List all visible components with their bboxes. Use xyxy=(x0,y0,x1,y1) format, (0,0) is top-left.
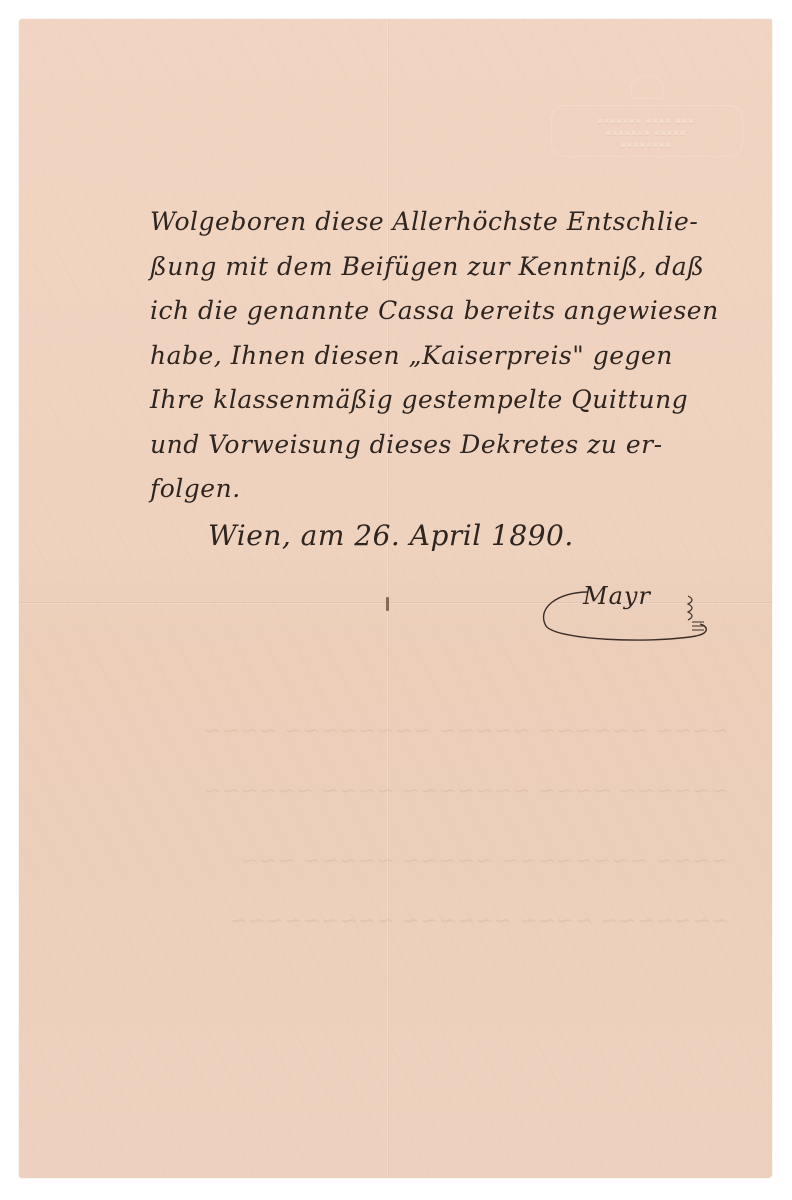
dateline: Wien, am 26. April 1890. xyxy=(150,514,770,559)
letter-body: Wolgeboren diese Allerhöchste Entschlie-… xyxy=(150,200,770,558)
show-through-text: ~~~~~~ ~~~~ ~~~~~~~ ~~~~ ~~~~~~ xyxy=(79,779,729,804)
body-line: folgen. xyxy=(150,467,770,512)
body-line: habe, Ihnen diesen „Kaiserpreis" gegen xyxy=(150,334,770,379)
body-line: ich die genannte Cassa bereits angewiese… xyxy=(150,289,770,334)
seal-text-line: ▪▪▪▪▪▪▪ ▪▪▪▪▪ xyxy=(561,127,731,137)
seal-text-line: ▪▪▪▪▪▪▪▪ xyxy=(561,139,731,149)
body-line: Ihre klassenmäßig gestempelte Quittung xyxy=(150,378,770,423)
body-line: Wolgeboren diese Allerhöchste Entschlie- xyxy=(150,200,770,245)
show-through-text: ~~~~ ~~~~~~ ~~~~~ ~~~~~~~~ ~~~~ xyxy=(79,719,729,744)
body-line: ßung mit dem Beifügen zur Kenntniß, daß xyxy=(150,245,770,290)
show-through-text: ~~~~~~~ ~~~~ ~~~~~~ ~~~~~~~~~ xyxy=(79,909,729,934)
show-through-text: ~~~~ ~~~~~~~~ ~~~~~ ~~~~~ ~~~ xyxy=(79,849,729,874)
body-line: und Vorweisung dieses Dekretes zu er- xyxy=(150,423,770,468)
crown-emblem-icon xyxy=(631,75,663,99)
fold-mark xyxy=(386,597,389,611)
signature-name: Mayr xyxy=(583,582,651,610)
seal-text-line: ▪▪▪▪▪▪▪ ▪▪▪▪ ▪▪▪ xyxy=(561,115,731,125)
signature: Mayr xyxy=(528,578,718,644)
embossed-seal: ▪▪▪▪▪▪▪ ▪▪▪▪ ▪▪▪ ▪▪▪▪▪▪▪ ▪▪▪▪▪ ▪▪▪▪▪▪▪▪ xyxy=(541,75,751,175)
